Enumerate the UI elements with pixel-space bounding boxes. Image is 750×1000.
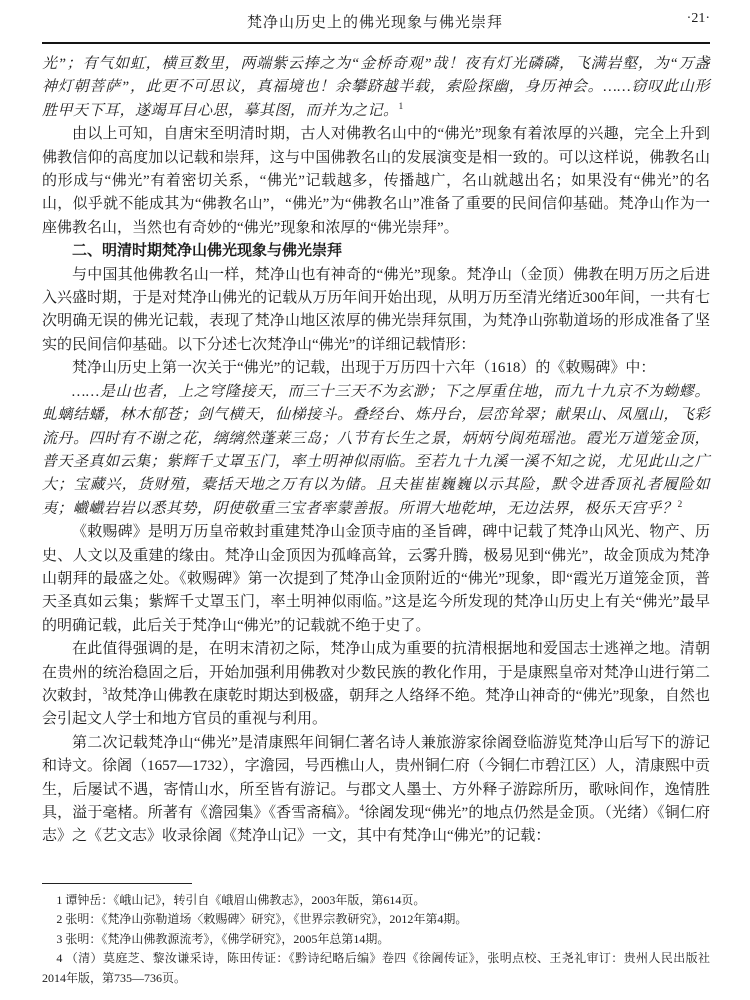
footnote-3: 3 张明：《梵净山佛教源流考》，《佛学研究》，2005年总第14期。 [42, 930, 710, 950]
footnote-1: 1 谭钟岳：《峨山记》，转引自《峨眉山佛教志》，2003年版，第614页。 [42, 891, 710, 911]
footnotes-section: 1 谭钟岳：《峨山记》，转引自《峨眉山佛教志》，2003年版，第614页。 2 … [42, 883, 710, 989]
paragraph-text: 故梵净山佛教在康乾时期达到极盛，朝拜之人络绎不绝。梵净山神奇的“佛光”现象，自然… [42, 688, 710, 727]
footnote-marker-2: 2 [678, 500, 683, 510]
footnote-4: 4 （清）莫庭芝、黎汝谦采诗，陈田传证：《黔诗纪略后编》卷四《徐阇传证》，张明点… [42, 949, 710, 988]
footnote-marker-1: 1 [399, 102, 404, 112]
paragraph-ming-qing-transition: 在此值得强调的是，在明末清初之际，梵净山成为重要的抗清根据地和爱国志士逃禅之地。… [42, 638, 710, 732]
article-body: 光”；有气如虹，横亘数里，两端紫云捧之为“金桥奇观”哉！夜有灯光磷磷，飞满岩壑，… [0, 44, 750, 849]
footnote-2: 2 张明：《梵净山弥勒道场〈敕赐碑〉研究》，《世界宗教研究》，2012年第4期。 [42, 910, 710, 930]
paragraph-ming-qing-intro: 与中国其他佛教名山一样，梵净山也有神奇的“佛光”现象。梵净山（金顶）佛教在明万历… [42, 264, 710, 358]
quote-text: ……是山也者，上之穹隆接天，而三十三天不为玄渺；下之厚重住地，而九十九京不为蚴蟉… [42, 384, 710, 517]
footnote-separator [42, 883, 192, 884]
paragraph-second-record: 第二次记载梵净山“佛光”是清康熙年间铜仁著名诗人兼旅游家徐阇登临游览梵净山后写下… [42, 732, 710, 849]
quote-text: 光”；有气如虹，横亘数里，两端紫云捧之为“金桥奇观”哉！夜有灯光磷磷，飞满岩壑，… [42, 56, 710, 119]
paragraph-first-record-intro: 梵净山历史上第一次关于“佛光”的记载，出现于万历四十六年（1618）的《敕赐碑》… [42, 357, 710, 380]
document-page: 梵净山历史上的佛光现象与佛光崇拜 ·21· 光”；有气如虹，横亘数里，两端紫云捧… [0, 0, 750, 1000]
paragraph-chici-stele-analysis: 《敕赐碑》是明万历皇帝敕封重建梵净山金顶寺庙的圣旨碑，碑中记载了梵净山风光、物产… [42, 521, 710, 638]
running-title: 梵净山历史上的佛光现象与佛光崇拜 [0, 11, 750, 32]
section-heading: 二、明清时期梵净山佛光现象与佛光崇拜 [42, 240, 710, 263]
page-number: ·21· [687, 11, 710, 27]
quote-block-chici-stele: ……是山也者，上之穹隆接天，而三十三天不为玄渺；下之厚重住地，而九十九京不为蚴蟉… [42, 381, 710, 521]
paragraph-overview: 由以上可知，自唐宋至明清时期，古人对佛教名山中的“佛光”现象有着浓厚的兴趣，完全… [42, 123, 710, 240]
page-header: 梵净山历史上的佛光现象与佛光崇拜 ·21· [0, 0, 750, 41]
quote-block-continued: 光”；有气如虹，横亘数里，两端紫云捧之为“金桥奇观”哉！夜有灯光磷磷，飞满岩壑，… [42, 53, 710, 123]
